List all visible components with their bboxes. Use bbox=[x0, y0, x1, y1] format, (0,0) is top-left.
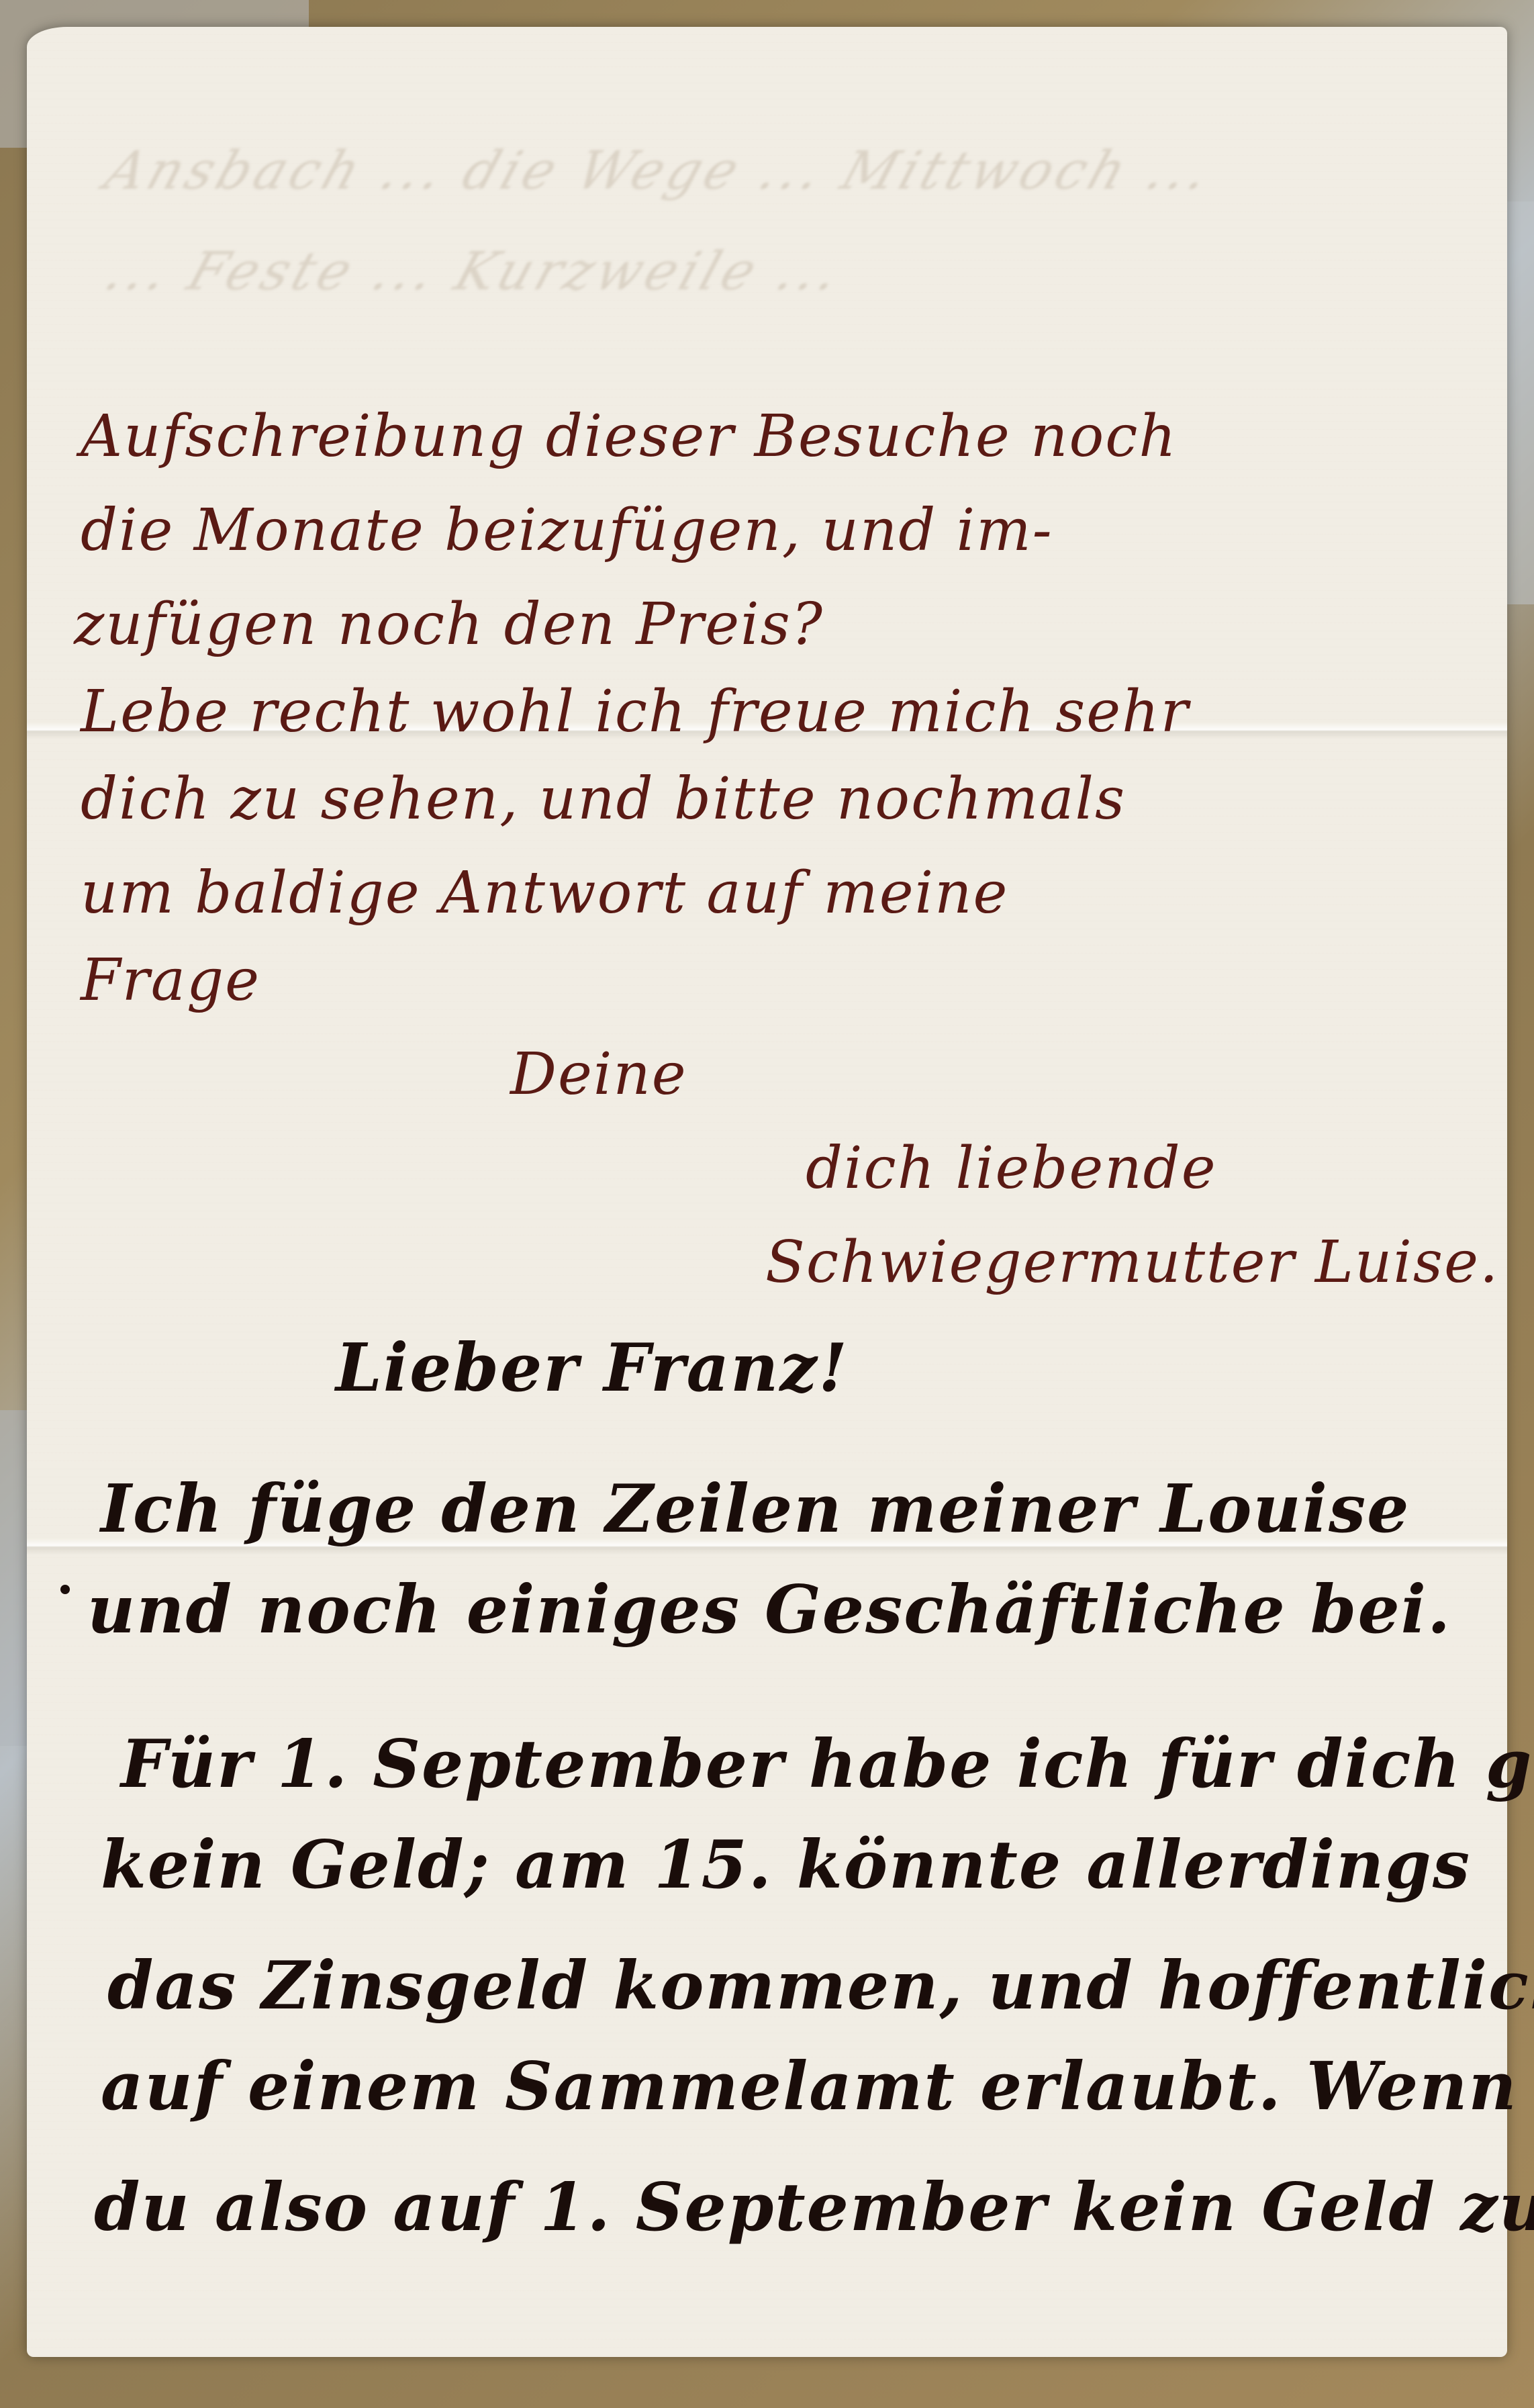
letter-line: um baldige Antwort auf meine bbox=[81, 860, 1008, 927]
letter-line: du also auf 1. September kein Geld zu bbox=[94, 2169, 1534, 2246]
letter-line: dich zu sehen, und bitte nochmals bbox=[81, 766, 1126, 833]
letter-line: auf einem Sammelamt erlaubt. Wenn bbox=[101, 2048, 1518, 2125]
letter-page: Ansbach ... die Wege ... Mittwoch ... ..… bbox=[27, 27, 1507, 2357]
letter-line: kein Geld; am 15. könnte allerdings bbox=[101, 1826, 1471, 1904]
salutation: Lieber Franz! bbox=[336, 1330, 849, 1407]
letter-line: Lebe recht wohl ich freue mich sehr bbox=[81, 678, 1190, 745]
letter-line: Ich füge den Zeilen meiner Louise bbox=[101, 1471, 1410, 1548]
bleed-through-text: Ansbach ... die Wege ... Mittwoch ... bbox=[97, 141, 1392, 201]
letter-line: Für 1. September habe ich für dich gar bbox=[121, 1726, 1534, 1803]
bleed-through-text: ... Feste ... Kurzweile ... bbox=[97, 242, 1392, 302]
letter-line: Frage bbox=[81, 947, 260, 1014]
letter-line: und noch einiges Geschäftliche bei. bbox=[87, 1571, 1451, 1649]
letter-line: das Zinsgeld kommen, und hoffentlich bbox=[107, 1947, 1534, 2025]
letter-line: Aufschreibung dieser Besuche noch bbox=[81, 403, 1178, 470]
ink-spot bbox=[60, 1585, 70, 1594]
signature-line: Schwiegermutter Luise. bbox=[765, 1229, 1499, 1296]
letter-line: die Monate beizufügen, und im- bbox=[81, 497, 1053, 564]
letter-line: zufügen noch den Preis? bbox=[74, 591, 824, 658]
letter-closing: Deine bbox=[510, 1041, 687, 1108]
signature-line: dich liebende bbox=[806, 1135, 1217, 1202]
